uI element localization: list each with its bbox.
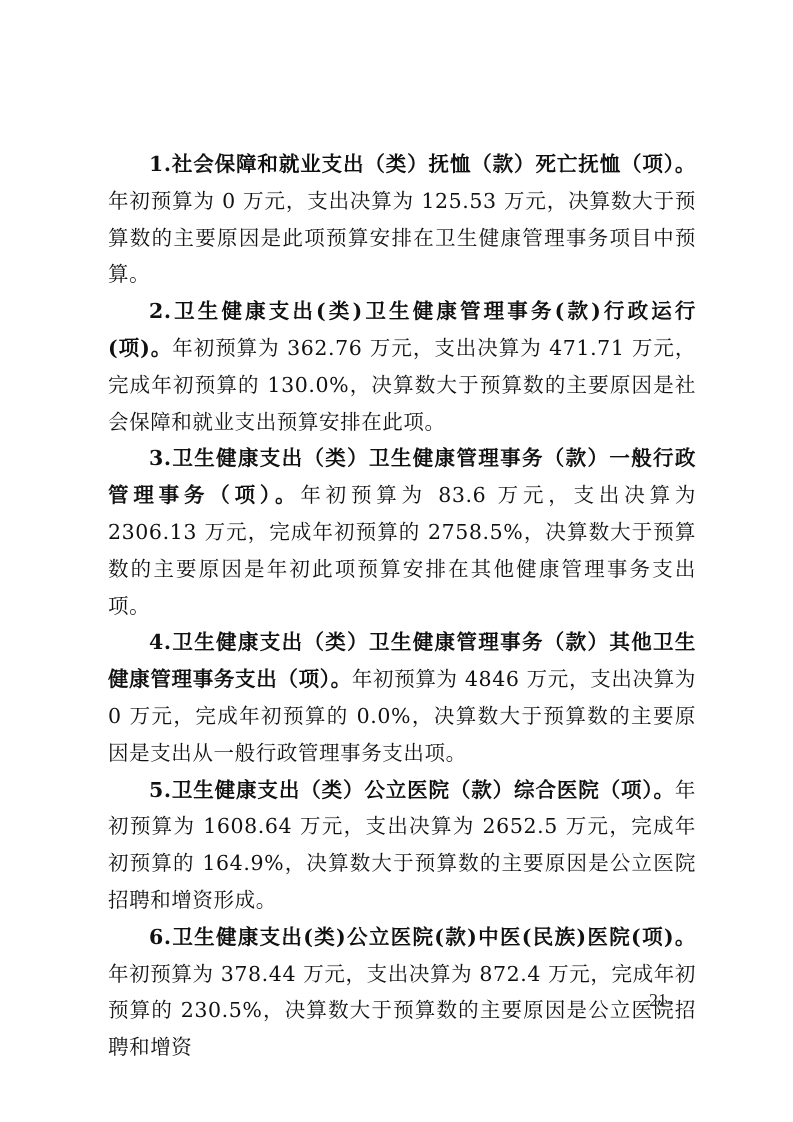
paragraph-body: 年初预算为 378.44 万元，支出决算为 872.4 万元，完成年初预算的 2…	[108, 962, 696, 1060]
document-page: 1.社会保障和就业支出（类）抚恤（款）死亡抚恤（项）。年初预算为 0 万元，支出…	[0, 0, 793, 1122]
paragraph-heading: 5.卫生健康支出（类）公立医院（款）综合医院（项）。	[149, 778, 675, 802]
page-number: -21-	[628, 990, 688, 1011]
paragraph-4: 4.卫生健康支出（类）卫生健康管理事务（款）其他卫生健康管理事务支出（项）。年初…	[108, 624, 696, 771]
body-text: 1.社会保障和就业支出（类）抚恤（款）死亡抚恤（项）。年初预算为 0 万元，支出…	[108, 146, 696, 1066]
paragraph-heading: 1.社会保障和就业支出（类）抚恤（款）死亡抚恤（项）。	[149, 152, 696, 176]
paragraph-3: 3.卫生健康支出（类）卫生健康管理事务（款）一般行政管理事务（项）。年初预算为 …	[108, 440, 696, 624]
paragraph-1: 1.社会保障和就业支出（类）抚恤（款）死亡抚恤（项）。年初预算为 0 万元，支出…	[108, 146, 696, 293]
paragraph-body: 年初预算为 362.76 万元，支出决算为 471.71 万元，完成年初预算的 …	[108, 336, 696, 434]
paragraph-5: 5.卫生健康支出（类）公立医院（款）综合医院（项）。年初预算为 1608.64 …	[108, 772, 696, 919]
paragraph-2: 2.卫生健康支出(类)卫生健康管理事务(款)行政运行(项)。年初预算为 362.…	[108, 293, 696, 440]
paragraph-6: 6.卫生健康支出(类)公立医院(款)中医(民族)医院(项)。年初预算为 378.…	[108, 919, 696, 1066]
paragraph-body: 年初预算为 0 万元，支出决算为 125.53 万元，决算数大于预算数的主要原因…	[108, 189, 696, 287]
paragraph-heading: 6.卫生健康支出(类)公立医院(款)中医(民族)医院(项)。	[149, 925, 696, 949]
